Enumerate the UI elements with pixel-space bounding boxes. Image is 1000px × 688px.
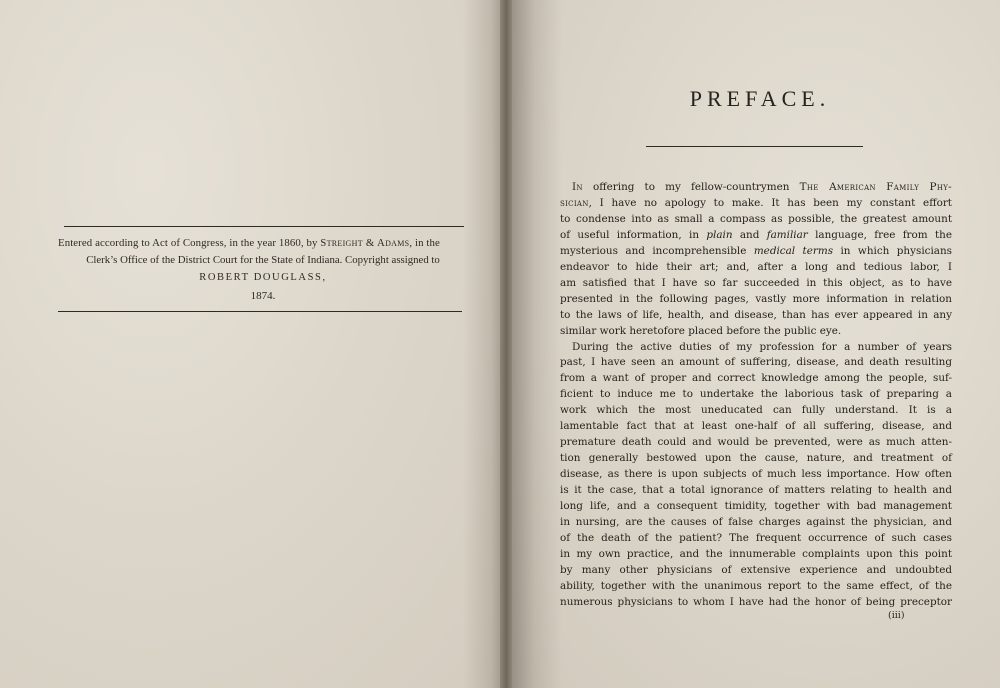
text-line: in my own practice, and the innumerable … — [560, 547, 952, 563]
copyright-notice: Entered according to Act of Congress, in… — [58, 226, 468, 312]
text-line: In offering to my fellow-countrymen The … — [560, 180, 952, 196]
text-line: disease, as there is upon subjects of mu… — [560, 467, 952, 483]
text-line: lamentable fact that at least one-half o… — [560, 419, 952, 435]
copyright-text: Entered according to Act of Congress, in… — [58, 237, 320, 249]
text-line: of useful information, in plain and fami… — [560, 228, 952, 244]
italic-span: familiar — [767, 229, 808, 241]
text-line: tion generally bestowed upon the cause, … — [560, 451, 952, 467]
title-rule — [646, 146, 863, 147]
text-line: ability, together with the unanimous rep… — [560, 579, 952, 595]
text-line: in nursing, are the causes of false char… — [560, 515, 952, 531]
page-title: PREFACE. — [630, 86, 890, 112]
page-number: (iii) — [888, 610, 905, 621]
left-page: Entered according to Act of Congress, in… — [0, 0, 503, 688]
copyright-line-2: Clerk’s Office of the District Court for… — [58, 252, 468, 269]
text-span: and — [733, 229, 767, 241]
text-line: mysterious and incomprehensible medical … — [560, 244, 952, 260]
text-span: mysterious and incomprehensible — [560, 245, 754, 257]
text-line: ficient to induce me to undertake the la… — [560, 387, 952, 403]
text-span: offering to my fellow-countrymen — [583, 181, 800, 193]
text-span: , I have no apology to make. It has been… — [589, 197, 952, 209]
text-line: of the death of the patient? The frequen… — [560, 531, 952, 547]
text-span: language, free from the — [808, 229, 952, 241]
bottom-rule — [58, 311, 462, 312]
text-line: past, I have seen an amount of suffering… — [560, 355, 952, 371]
book-title: The American Family Phy- — [800, 181, 952, 193]
text-line: presented in the following pages, vastly… — [560, 292, 952, 308]
italic-span: medical terms — [754, 245, 833, 257]
text-line: premature death could and would be preve… — [560, 435, 952, 451]
preface-body: In offering to my fellow-countrymen The … — [560, 180, 952, 611]
text-line: work which the most uneducated can fully… — [560, 403, 952, 419]
text-line: am satisfied that I have so far succeede… — [560, 276, 952, 292]
book-title: sician — [560, 197, 589, 209]
copyright-text: , in the — [409, 237, 440, 249]
top-rule — [64, 226, 464, 227]
copyright-year: 1874. — [58, 287, 468, 305]
text-line: sician, I have no apology to make. It ha… — [560, 196, 952, 212]
text-line: by many other physicians of extensive ex… — [560, 563, 952, 579]
text-line: from a want of proper and correct knowle… — [560, 371, 952, 387]
text-line: long life, and a consequent timidity, to… — [560, 499, 952, 515]
open-book-spread: Entered according to Act of Congress, in… — [0, 0, 1000, 688]
drop-cap: In — [572, 181, 583, 193]
text-line: to condense into as small a compass as p… — [560, 212, 952, 228]
text-line: to the laws of life, health, and disease… — [560, 308, 952, 324]
text-span: of useful information, in — [560, 229, 706, 241]
text-span: in which physicians — [833, 245, 952, 257]
copyright-owner: ROBERT DOUGLASS, — [58, 269, 468, 287]
italic-span: plain — [706, 229, 732, 241]
text-line: During the active duties of my professio… — [560, 340, 952, 356]
text-line: similar work heretofore placed before th… — [560, 324, 952, 340]
text-line: is it the case, that a total ignorance o… — [560, 483, 952, 499]
publisher-name: Streight & Adams — [320, 237, 409, 249]
text-line: numerous physicians to whom I have had t… — [560, 595, 952, 611]
copyright-line-1: Entered according to Act of Congress, in… — [58, 235, 468, 252]
text-line: endeavor to hide their art; and, after a… — [560, 260, 952, 276]
